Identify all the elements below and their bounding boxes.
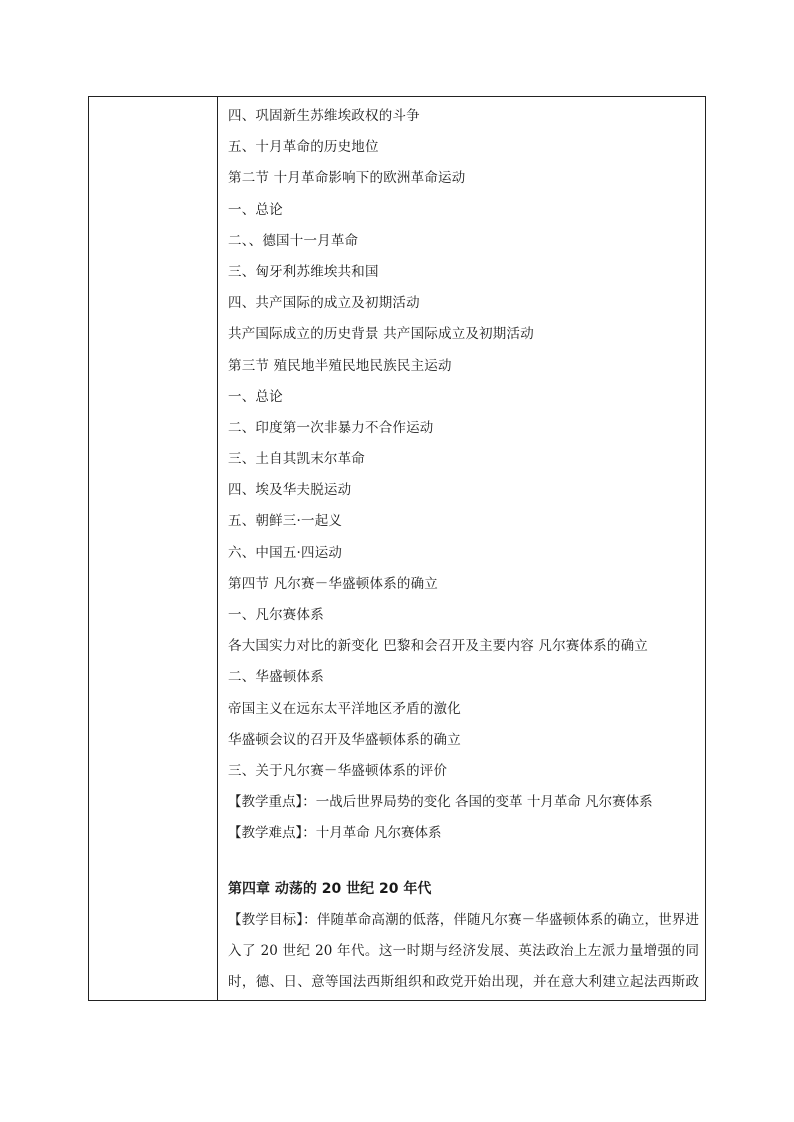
teaching-difficulties: 【教学难点】：十月革命 凡尔赛体系 (228, 818, 699, 849)
outline-line: 六、中国五·四运动 (228, 538, 699, 569)
outline-line: 一、总论 (228, 382, 699, 413)
outline-line: 三、关于凡尔赛－华盛顿体系的评价 (228, 756, 699, 787)
outline-line: 一、总论 (228, 195, 699, 226)
objective-paragraph-line: 【教学目标】：伴随革命高潮的低落，伴随凡尔赛－华盛顿体系的确立，世界进 (228, 905, 699, 936)
teaching-key-points: 【教学重点】：一战后世界局势的变化 各国的变革 十月革命 凡尔赛体系 (228, 787, 699, 818)
outline-subline: 共产国际成立的历史背景 共产国际成立及初期活动 (228, 319, 699, 350)
outline-line: 四、巩固新生苏维埃政权的斗争 (228, 101, 699, 132)
outline-line: 四、埃及华夫脱运动 (228, 475, 699, 506)
objective-paragraph-line: 时，德、日、意等国法西斯组织和政党开始出现，并在意大利建立起法西斯政 (228, 967, 699, 998)
section-heading: 第三节 殖民地半殖民地民族民主运动 (228, 351, 699, 382)
outline-line: 一、凡尔赛体系 (228, 600, 699, 631)
objective-paragraph-line: 入了 20 世纪 20 年代。这一时期与经济发展、英法政治上左派力量增强的同 (228, 936, 699, 967)
outline-line: 三、匈牙利苏维埃共和国 (228, 257, 699, 288)
outline-subline: 各大国实力对比的新变化 巴黎和会召开及主要内容 凡尔赛体系的确立 (228, 631, 699, 662)
outline-subline: 华盛顿会议的召开及华盛顿体系的确立 (228, 725, 699, 756)
outline-line: 五、朝鲜三·一起义 (228, 506, 699, 537)
section-heading: 第二节 十月革命影响下的欧洲革命运动 (228, 163, 699, 194)
outline-line: 四、共产国际的成立及初期活动 (228, 288, 699, 319)
outline-subline: 帝国主义在远东太平洋地区矛盾的激化 (228, 694, 699, 725)
blank-spacer (228, 850, 699, 873)
section-heading: 第四节 凡尔赛－华盛顿体系的确立 (228, 569, 699, 600)
document-table: 四、巩固新生苏维埃政权的斗争 五、十月革命的历史地位 第二节 十月革命影响下的欧… (88, 96, 706, 1001)
table-left-column (89, 97, 218, 1000)
chapter-title: 第四章 动荡的 20 世纪 20 年代 (228, 873, 699, 905)
table-right-column: 四、巩固新生苏维埃政权的斗争 五、十月革命的历史地位 第二节 十月革命影响下的欧… (218, 97, 705, 1000)
outline-line: 二、华盛顿体系 (228, 662, 699, 693)
outline-line: 二、印度第一次非暴力不合作运动 (228, 413, 699, 444)
outline-line: 二、、德国十一月革命 (228, 226, 699, 257)
outline-line: 三、土自其凯末尔革命 (228, 444, 699, 475)
outline-line: 五、十月革命的历史地位 (228, 132, 699, 163)
